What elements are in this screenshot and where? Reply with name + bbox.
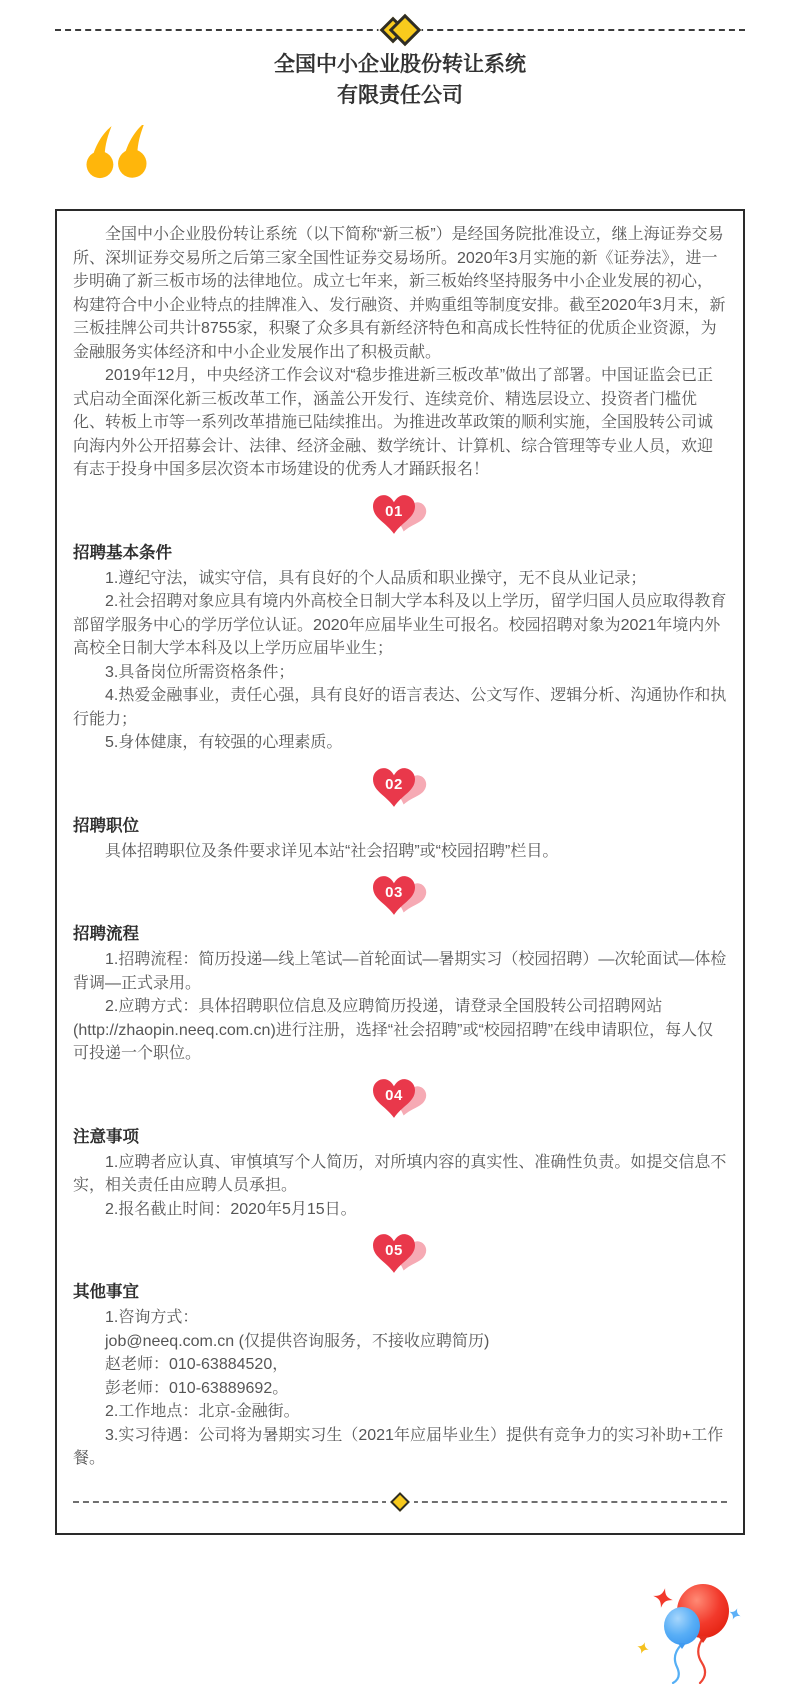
yellow-sparkle-icon	[635, 1640, 650, 1655]
section-number: 03	[373, 884, 415, 901]
page-title-line1: 全国中小企业股份转让系统	[55, 49, 745, 80]
section-paragraph: 具体招聘职位及条件要求详见本站“社会招聘”或“校园招聘”栏目。	[73, 840, 727, 864]
contact-phone: 彭老师：010-63889692。	[73, 1377, 727, 1401]
section-paragraph: 1.遵纪守法，诚实守信，具有良好的个人品质和职业操守，无不良从业记录；	[73, 567, 727, 591]
bottom-divider	[73, 1501, 727, 1503]
section-number-badge: 01	[371, 495, 429, 536]
section-number-badge: 05	[371, 1234, 429, 1275]
contact-email: job@neeq.com.cn (仅提供咨询服务，不接收应聘简历)	[73, 1330, 727, 1354]
balloons-decoration	[585, 1578, 765, 1684]
balloon-string	[698, 1638, 705, 1683]
article-page: 全国中小企业股份转让系统 有限责任公司 全国中小企业股份转让系统（以下简称“新三…	[0, 0, 800, 1684]
section-paragraph: 2.应聘方式：具体招聘职位信息及应聘简历投递，请登录全国股转公司招聘网站(htt…	[73, 995, 727, 1066]
section-number-badge: 03	[371, 876, 429, 917]
red-sparkle-icon	[651, 1586, 675, 1610]
page-title: 全国中小企业股份转让系统 有限责任公司	[55, 49, 745, 111]
blue-sparkle-icon	[727, 1606, 743, 1622]
balloon-string	[673, 1644, 682, 1683]
section-number: 04	[373, 1087, 415, 1104]
diamond-icon	[386, 1495, 414, 1509]
section-title: 招聘流程	[73, 922, 727, 947]
top-divider	[55, 29, 745, 31]
section-title: 注意事项	[73, 1125, 727, 1150]
section-number: 02	[373, 776, 415, 793]
quote-icon	[85, 125, 151, 181]
section-paragraph: 3.具备岗位所需资格条件；	[73, 661, 727, 685]
section-number: 01	[373, 503, 415, 520]
section-number-badge: 02	[371, 768, 429, 809]
section-paragraph: 1.招聘流程：简历投递—线上笔试—首轮面试—暑期实习（校园招聘）—次轮面试—体检…	[73, 948, 727, 995]
blue-balloon-icon	[664, 1607, 700, 1645]
section-title: 招聘基本条件	[73, 541, 727, 566]
section-paragraph: 4.热爱金融事业，责任心强，具有良好的语言表达、公文写作、逻辑分析、沟通协作和执…	[73, 684, 727, 731]
contact-phone: 赵老师：010-63884520，	[73, 1353, 727, 1377]
section-paragraph: 3.实习待遇：公司将为暑期实习生（2021年应届毕业生）提供有竞争力的实习补助+…	[73, 1424, 727, 1471]
content-box: 全国中小企业股份转让系统（以下简称“新三板”）是经国务院批准设立，继上海证券交易…	[55, 209, 745, 1535]
section-paragraph: 2.工作地点：北京-金融街。	[73, 1400, 727, 1424]
section-paragraph: 1.应聘者应认真、审慎填写个人简历，对所填内容的真实性、准确性负责。如提交信息不…	[73, 1151, 727, 1198]
section-paragraph: 2.社会招聘对象应具有境内外高校全日制大学本科及以上学历，留学归国人员应取得教育…	[73, 590, 727, 661]
section-paragraph: 1.咨询方式：	[73, 1306, 727, 1330]
section-paragraph: 2.报名截止时间：2020年5月15日。	[73, 1198, 727, 1222]
page-title-line2: 有限责任公司	[55, 80, 745, 111]
article-content: 全国中小企业股份转让系统 有限责任公司 全国中小企业股份转让系统（以下简称“新三…	[55, 29, 745, 1535]
intro-paragraph: 2019年12月，中央经济工作会议对“稳步推进新三板改革”做出了部署。中国证监会…	[73, 364, 727, 482]
section-title: 招聘职位	[73, 814, 727, 839]
section-title: 其他事宜	[73, 1280, 727, 1305]
diamond-icon	[390, 1492, 410, 1512]
twin-diamond-icon	[379, 19, 422, 42]
section-paragraph: 5.身体健康，有较强的心理素质。	[73, 731, 727, 755]
section-number-badge: 04	[371, 1079, 429, 1120]
intro-paragraph: 全国中小企业股份转让系统（以下简称“新三板”）是经国务院批准设立，继上海证券交易…	[73, 223, 727, 364]
section-number: 05	[373, 1242, 415, 1259]
